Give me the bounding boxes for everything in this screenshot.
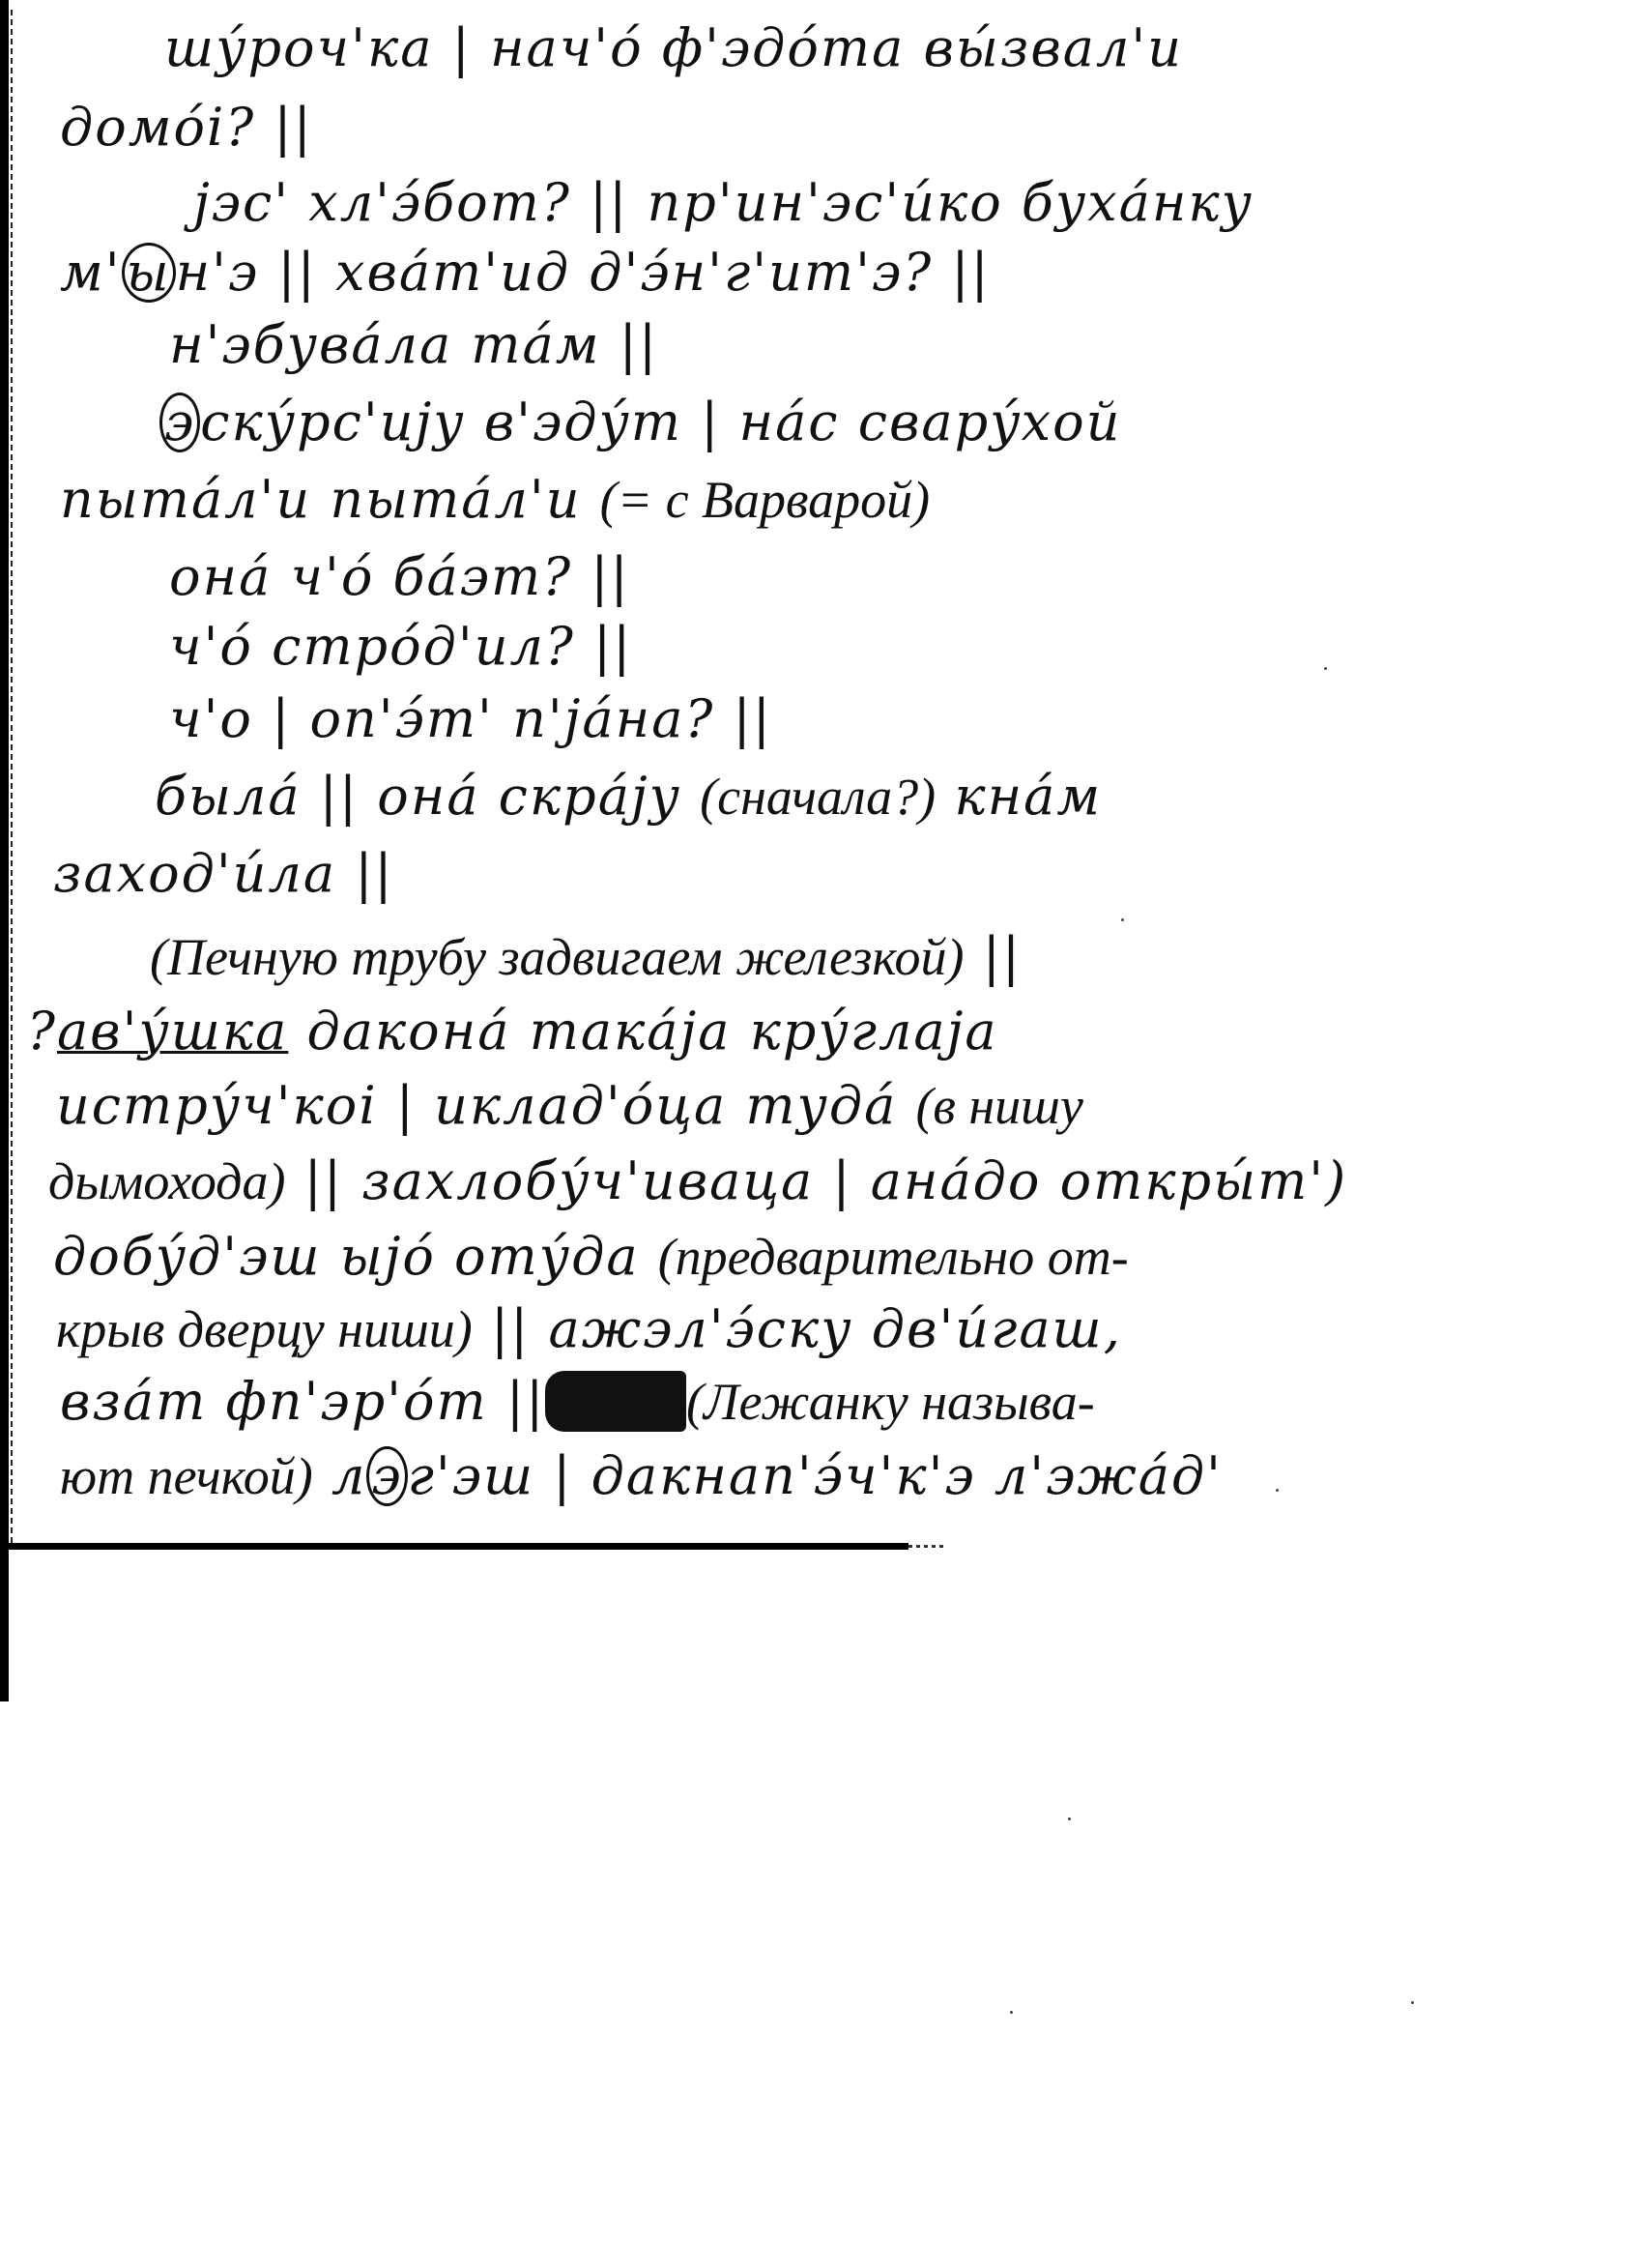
line-text: г'эш | дакнап'э́ч'к'э л'эжа́д' xyxy=(408,1445,1223,1506)
scan-speck xyxy=(1276,1489,1279,1492)
scan-left-edge-shadow xyxy=(11,10,13,1547)
line-text: была́ || она́ скра́jу xyxy=(155,766,681,827)
handwritten-line: пыта́л'и пыта́л'и (= с Варварой) xyxy=(60,469,930,531)
handwritten-line: м'ын'э || хва́т'ид д'э́н'г'ит'э? || xyxy=(60,242,991,304)
scan-speck xyxy=(1121,918,1124,921)
line-text: н'эбувáла та́м || xyxy=(169,314,658,375)
handwritten-line: заход'и́ла || xyxy=(53,843,394,905)
handwritten-line: была́ || она́ скра́jу (сначала?) кна́м xyxy=(155,766,1102,828)
line-text: пыта́л'и пыта́л'и xyxy=(60,469,582,530)
scan-speck xyxy=(1411,2001,1414,2004)
circled-letter: э xyxy=(366,1446,407,1506)
scan-speck xyxy=(1324,667,1327,670)
handwritten-line: она́ ч'о́ ба́эт? || xyxy=(169,546,630,608)
handwritten-line: вза́т фп'эр'о́т ||печь(Лежанку называ- xyxy=(60,1371,1095,1433)
line-text: ч'о | оп'э́т' п'jа́на? || xyxy=(169,688,772,749)
scanned-page: шу́роч'ка | нач'о́ ф'эдо́та вы́звал'и до… xyxy=(0,0,1643,1547)
line-text: истру́ч'коі | иклад'о́ца туда́ xyxy=(56,1075,897,1136)
line-text: || xyxy=(983,926,1022,987)
line-text: || захлобу́ч'иваца | ана́до откры́т') xyxy=(304,1150,1348,1211)
scan-left-border xyxy=(0,0,9,1701)
line-text: домо́і? || xyxy=(60,97,313,158)
line-text: добу́д'эш ыjо́ оту́да xyxy=(53,1226,640,1287)
line-text: заход'и́ла || xyxy=(53,843,394,904)
line-text: она́ ч'о́ ба́эт? || xyxy=(169,546,630,607)
line-text: н'э || хва́т'ид д'э́н'г'ит'э? || xyxy=(176,242,991,303)
editor-note: (= с Варварой) xyxy=(600,471,930,529)
handwritten-line: эску́рс'иjу в'эду́т | на́с сварýхой xyxy=(159,392,1121,453)
scan-speck xyxy=(1010,2011,1013,2014)
line-prefix: л xyxy=(331,1445,366,1506)
handwritten-line: н'эбувáла та́м || xyxy=(169,314,658,376)
line-text: вза́т фп'эр'о́т || xyxy=(60,1371,545,1432)
scan-bottom-border-fade xyxy=(908,1545,947,1548)
underlined-word: ав'у́шка xyxy=(57,1001,288,1061)
editor-note: (предварительно от- xyxy=(658,1228,1129,1286)
question-mark: ? xyxy=(27,1001,57,1061)
editor-note: (Печную трубу задвигаем железкой) xyxy=(150,928,965,986)
handwritten-line: шу́роч'ка | нач'о́ ф'эдо́та вы́звал'и xyxy=(164,17,1183,79)
editor-note: (Лежанку называ- xyxy=(686,1373,1095,1431)
line-text: ску́рс'иjу в'эду́т | на́с сварýхой xyxy=(200,392,1121,452)
editor-note: (в нишу xyxy=(915,1077,1082,1135)
line-text: jэс' хл'э́бот? || пр'ин'эс'и́ко буха́нку xyxy=(193,172,1254,233)
handwritten-line: домо́і? || xyxy=(60,97,313,159)
struck-out-word: печь xyxy=(545,1371,686,1432)
editor-note: крыв дверцу ниши) xyxy=(56,1300,473,1358)
scan-bottom-border xyxy=(0,1543,908,1550)
line-text-continued: кна́м xyxy=(954,766,1102,827)
line-text: шу́роч'ка | нач'о́ ф'эдо́та вы́звал'и xyxy=(164,17,1183,78)
handwritten-line: крыв дверцу ниши) || ажэл'э́ску дв'и́гаш… xyxy=(56,1298,1122,1360)
handwritten-line: ют печкой) лэг'эш | дакнап'э́ч'к'э л'эжа… xyxy=(60,1445,1223,1507)
line-prefix: м' xyxy=(60,242,122,303)
handwritten-line: jэс' хл'э́бот? || пр'ин'эс'и́ко буха́нку xyxy=(193,172,1254,234)
editor-note: ют печкой) xyxy=(60,1447,313,1505)
handwritten-line: ч'о | оп'э́т' п'jа́на? || xyxy=(169,688,772,750)
handwritten-line: дымохода) || захлобу́ч'иваца | ана́до от… xyxy=(48,1150,1347,1212)
line-text: дакона́ така́jа кру́глаjа xyxy=(307,1001,998,1061)
circled-letter: ы xyxy=(122,243,176,303)
handwritten-line: ч'о́ стро́д'ил? || xyxy=(169,616,632,678)
editor-note: (сначала?) xyxy=(700,768,936,826)
handwritten-line: добу́д'эш ыjо́ оту́да (предварительно от… xyxy=(53,1226,1129,1288)
scan-speck xyxy=(1068,1817,1071,1820)
line-text: ч'о́ стро́д'ил? || xyxy=(169,616,632,677)
circled-letter: э xyxy=(159,393,200,452)
handwritten-line: (Печную трубу задвигаем железкой) || xyxy=(150,926,1022,988)
handwritten-line: истру́ч'коі | иклад'о́ца туда́ (в нишу xyxy=(56,1075,1083,1137)
editor-note: дымохода) xyxy=(48,1152,285,1210)
line-text: || ажэл'э́ску дв'и́гаш, xyxy=(491,1298,1122,1359)
handwritten-line: ?ав'у́шка дакона́ така́jа кру́глаjа xyxy=(27,1001,998,1062)
